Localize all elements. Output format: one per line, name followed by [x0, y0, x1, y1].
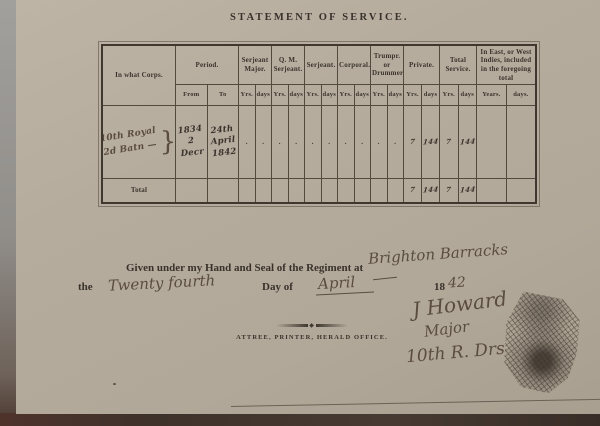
subheader-yrs: Yrs. [338, 85, 355, 106]
col-header-serjeant: Serjeant. [305, 45, 338, 85]
signature-name: J Howard [411, 286, 508, 321]
corps-entry: 10th Royal 2d Batn — [102, 124, 160, 159]
handwritten-month: April [318, 273, 356, 293]
cell-blank [255, 179, 272, 204]
col-header-private: Private. [404, 45, 440, 85]
printer-imprint: Attree, Printer, Herald Office. [194, 334, 430, 341]
handwritten-day: Twenty fourth [108, 271, 216, 295]
pencil-speck [113, 383, 116, 385]
subheader-yrs: Yrs. [272, 85, 289, 106]
service-record-row: 10th Royal 2d Batn — } 1834 2 Decr 24th [102, 106, 536, 179]
cell-indies-days [506, 106, 536, 179]
cell-blank [288, 179, 305, 204]
cell-blank-dot: . [354, 106, 371, 179]
cell-blank [305, 179, 322, 204]
cell-blank [239, 179, 256, 204]
subheader-yrs: Yrs. [305, 85, 322, 106]
cell-blank-dot: . [321, 106, 338, 179]
printed-day-of: Day of [262, 281, 293, 293]
cell-private-yrs: 7 [404, 106, 422, 179]
cell-blank [506, 179, 536, 204]
subheader-years: Years. [477, 85, 507, 106]
photo-background-bottom [0, 413, 600, 426]
cell-blank [338, 179, 355, 204]
subheader-days: days [354, 85, 371, 106]
col-header-corporal: Corporal. [338, 45, 371, 85]
subheader-yrs: Yrs. [371, 85, 388, 106]
scanned-document-photo: STATEMENT OF SERVICE. In what Corps. Per… [0, 0, 600, 426]
handwritten-brace: } [160, 126, 176, 159]
signature-rank: Major [423, 317, 470, 340]
table-header-group-row: In what Corps. Period. Serjeant Major. Q… [102, 45, 536, 85]
subheader-days: days [422, 85, 440, 106]
col-header-serjeant-major: Serjeant Major. [239, 45, 272, 85]
photo-background-left [0, 0, 16, 426]
cell-blank-dot: . [239, 106, 256, 179]
col-header-qm-serjeant: Q. M. Serjeant. [272, 45, 305, 85]
cell-total-service-total-yrs: 7 [440, 179, 459, 204]
pencil-border-line [231, 399, 600, 407]
ink-seal [498, 290, 583, 396]
document-paper: STATEMENT OF SERVICE. In what Corps. Per… [16, 0, 600, 414]
printed-the: the [78, 281, 93, 293]
cell-blank-dot: . [272, 106, 289, 179]
subheader-yrs: Yrs. [239, 85, 256, 106]
cell-total-service-yrs: 7 [440, 106, 459, 179]
cell-private-days: 144 [422, 106, 440, 179]
handwritten-year-suffix: 42 [448, 275, 467, 292]
subheader-from: From [176, 85, 208, 106]
cell-blank-dot: . [338, 106, 355, 179]
col-header-indies: In East, or West Indies, included in the… [477, 45, 537, 85]
subheader-days: days [255, 85, 272, 106]
place-underline-flourish [373, 277, 397, 281]
cell-blank-dot: . [305, 106, 322, 179]
service-table: In what Corps. Period. Serjeant Major. Q… [101, 44, 537, 204]
ornament-rule-right [316, 324, 348, 327]
subheader-days: days [321, 85, 338, 106]
document-title: STATEMENT OF SERVICE. [230, 12, 409, 23]
subheader-days: days [387, 85, 404, 106]
cell-indies-years [477, 106, 507, 179]
cell-blank [176, 179, 208, 204]
col-header-total-service: Total Service. [440, 45, 477, 85]
cell-blank [387, 179, 404, 204]
attestation-printed-line: Given under my Hand and Seal of the Regi… [126, 262, 363, 274]
subheader-days: days [458, 85, 477, 106]
col-header-corps: In what Corps. [102, 45, 176, 106]
cell-corps: 10th Royal 2d Batn — } [102, 106, 176, 179]
cell-blank [321, 179, 338, 204]
printed-year-prefix: 18 [434, 281, 445, 293]
cell-to: 24th April 1842 [207, 106, 239, 179]
cell-total-private-days: 144 [422, 179, 440, 204]
cell-from: 1834 2 Decr [176, 106, 208, 179]
cell-blank-dot: . [387, 106, 404, 179]
subheader-yrs: Yrs. [440, 85, 459, 106]
cell-blank [272, 179, 289, 204]
cell-blank-dot: . [371, 106, 388, 179]
cell-total-private-yrs: 7 [404, 179, 422, 204]
subheader-days: days [288, 85, 305, 106]
subheader-to: To [207, 85, 239, 106]
cell-blank [477, 179, 507, 204]
ornament-rule-left [276, 324, 308, 327]
cell-total-label: Total [102, 179, 176, 204]
col-header-drummer: Trumpr. or Drummer [371, 45, 404, 85]
cell-blank-dot: . [288, 106, 305, 179]
handwritten-place: Brighton Barracks [368, 240, 509, 268]
cell-blank [207, 179, 239, 204]
signature-unit: 10th R. Drs [405, 339, 505, 368]
total-row: Total 7 144 7 14 [102, 179, 536, 204]
cell-total-service-days: 144 [458, 106, 477, 179]
subheader-days: days. [506, 85, 536, 106]
printer-ornament: ◆ [260, 322, 364, 329]
col-header-period: Period. [176, 45, 239, 85]
subheader-yrs: Yrs. [404, 85, 422, 106]
cell-blank [371, 179, 388, 204]
cell-total-service-total-days: 144 [458, 179, 477, 204]
ornament-diamond-icon: ◆ [309, 322, 315, 329]
cell-blank [354, 179, 371, 204]
cell-blank-dot: . [255, 106, 272, 179]
